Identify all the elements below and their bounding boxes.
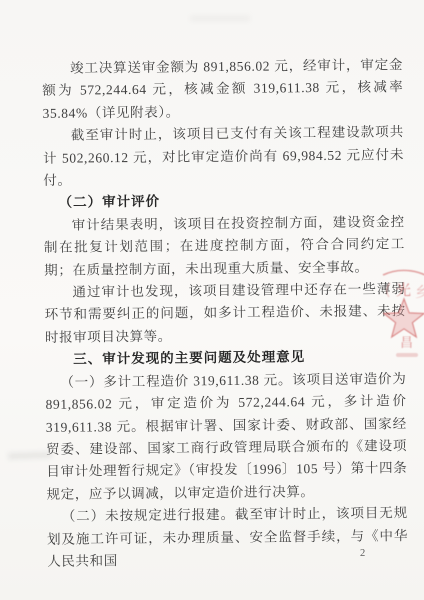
seal-char-top-partial: 乡 <box>415 284 424 300</box>
scan-smudge <box>190 16 250 21</box>
paragraph: 审计结果表明，该项目在投资控制方面，建设资金控制在批复计划范围；在进度控制方面，… <box>44 211 406 282</box>
paragraph: （二）未按规定进行报建。截至审计时止，该项目无规划及施工许可证，未办理质量、安全… <box>47 502 409 573</box>
document-body: 竣工决算送审金额为 891,856.02 元，经审计，审定金额为 572,244… <box>42 54 408 573</box>
page-number: 2 <box>360 548 365 559</box>
document-page: 竣工决算送审金额为 891,856.02 元，经审计，审定金额为 572,244… <box>0 0 424 600</box>
paragraph: 竣工决算送审金额为 891,856.02 元，经审计，审定金额为 572,244… <box>42 54 404 125</box>
paragraph: （一）多计工程造价 319,611.38 元。该项目送审造价为 891,856.… <box>45 368 407 506</box>
paragraph: 通过审计也发现，该项目建设管理中还存在一些薄弱环节和需要纠正的问题，如多计工程造… <box>44 278 406 349</box>
paragraph: 截至审计时止，该项目已支付有关该工程建设款项共计 502,260.12 元，对比… <box>43 121 405 192</box>
